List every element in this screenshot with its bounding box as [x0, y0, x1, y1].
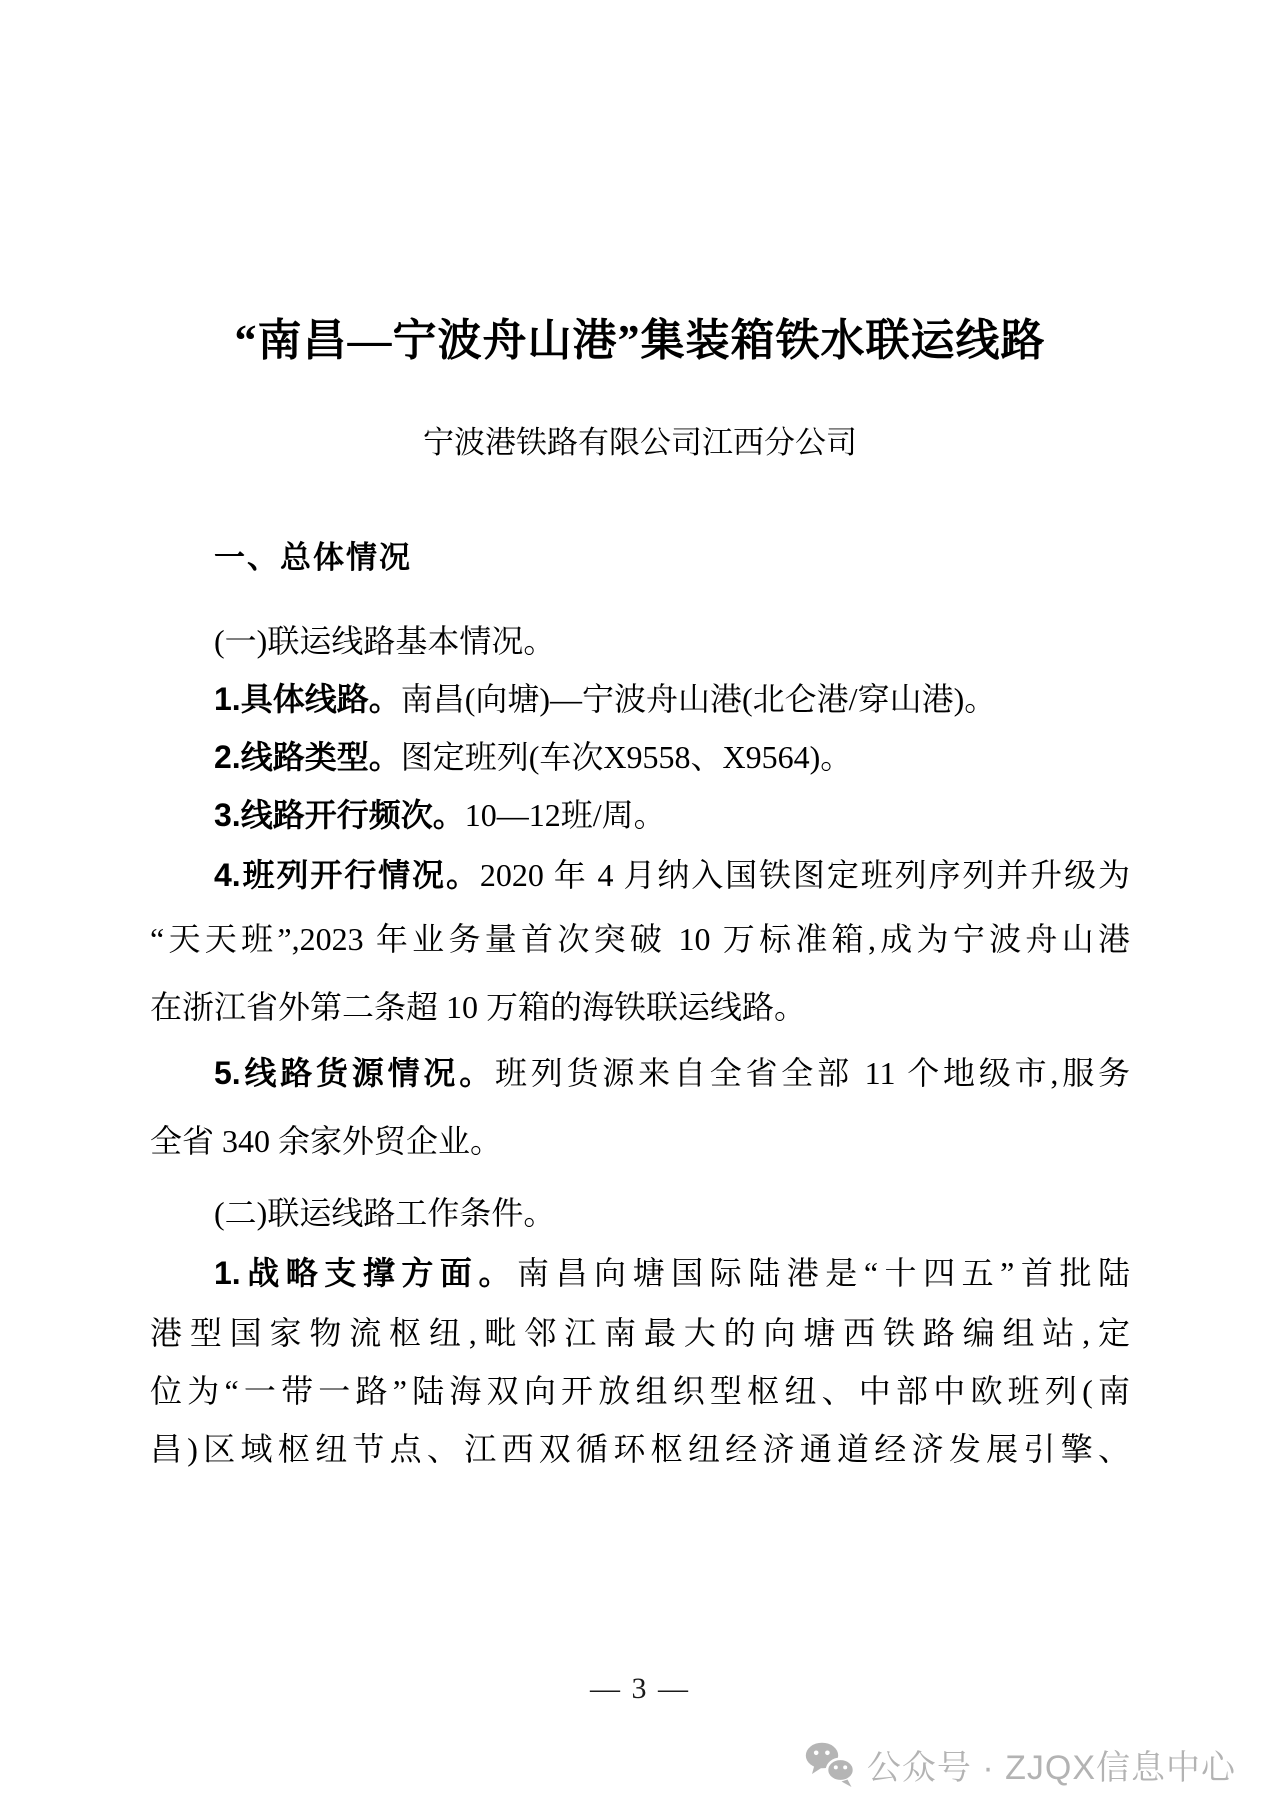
paragraph-lead: 1.具体线路。 — [214, 681, 401, 717]
body-line-2: 1.具体线路。南昌(向塘)—宁波舟山港(北仑港/穿山港)。 — [150, 678, 1130, 721]
paragraph-text: 南昌向塘国际陆港是“十四五”首批陆 — [517, 1255, 1130, 1291]
paragraph-text: 10—12班/周。 — [465, 797, 666, 833]
paragraph-lead: 5.线路货源情况。 — [214, 1055, 495, 1091]
paragraph-text: 南昌(向塘)—宁波舟山港(北仑港/穿山港)。 — [401, 681, 997, 717]
watermark-label: 公众号 · ZJQX信息中心 — [867, 1740, 1236, 1789]
body-line-10: (二)联运线路工作条件。 — [150, 1192, 1130, 1235]
wechat-icon — [805, 1742, 855, 1788]
body-line-14: 昌)区域枢纽节点、江西双循环枢纽经济通道经济发展引擎、 — [150, 1428, 1130, 1471]
body-line-5: 4.班列开行情况。2020 年 4 月纳入国铁图定班列序列并升级为 — [150, 854, 1130, 897]
page-number: — 3 — — [0, 1672, 1280, 1706]
paragraph-text: “天天班”,2023 年业务量首次突破 10 万标准箱,成为宁波舟山港 — [150, 921, 1130, 957]
body-line-13: 位为“一带一路”陆海双向开放组织型枢纽、中部中欧班列(南 — [150, 1370, 1130, 1413]
body-line-8: 5.线路货源情况。班列货源来自全省全部 11 个地级市,服务 — [150, 1052, 1130, 1095]
body-line-1: (一)联运线路基本情况。 — [150, 620, 1130, 663]
body-line-9: 全省 340 余家外贸企业。 — [150, 1120, 1130, 1163]
paragraph-text: (二)联运线路工作条件。 — [214, 1195, 555, 1231]
paragraph-text: 图定班列(车次X9558、X9564)。 — [401, 739, 853, 775]
paragraph-text: 在浙江省外第二条超 10 万箱的海铁联运线路。 — [150, 989, 806, 1025]
body-line-6: “天天班”,2023 年业务量首次突破 10 万标准箱,成为宁波舟山港 — [150, 918, 1130, 961]
paragraph-lead: 1.战略支撑方面。 — [214, 1255, 517, 1291]
footer-watermark: 公众号 · ZJQX信息中心 — [805, 1740, 1236, 1789]
body-line-3: 2.线路类型。图定班列(车次X9558、X9564)。 — [150, 736, 1130, 779]
document-subtitle: 宁波港铁路有限公司江西分公司 — [0, 424, 1280, 461]
body-line-4: 3.线路开行频次。10—12班/周。 — [150, 794, 1130, 837]
paragraph-lead: 4.班列开行情况。 — [214, 857, 480, 893]
paragraph-lead: 3.线路开行频次。 — [214, 797, 465, 833]
paragraph-text: 昌)区域枢纽节点、江西双循环枢纽经济通道经济发展引擎、 — [150, 1431, 1130, 1467]
paragraph-text: 全省 340 余家外贸企业。 — [150, 1123, 502, 1159]
paragraph-text: 班列货源来自全省全部 11 个地级市,服务 — [495, 1055, 1130, 1091]
section-heading: 一、总体情况 — [150, 532, 1130, 577]
body-line-12: 港型国家物流枢纽,毗邻江南最大的向塘西铁路编组站,定 — [150, 1312, 1130, 1355]
paragraph-text: (一)联运线路基本情况。 — [214, 623, 555, 659]
paragraph-text: 2020 年 4 月纳入国铁图定班列序列并升级为 — [480, 857, 1130, 893]
paragraph-text: 港型国家物流枢纽,毗邻江南最大的向塘西铁路编组站,定 — [150, 1315, 1130, 1351]
document-title: “南昌—宁波舟山港”集装箱铁水联运线路 — [0, 316, 1280, 367]
document-page: “南昌—宁波舟山港”集装箱铁水联运线路 宁波港铁路有限公司江西分公司 一、总体情… — [0, 0, 1280, 1810]
paragraph-text: 位为“一带一路”陆海双向开放组织型枢纽、中部中欧班列(南 — [150, 1373, 1130, 1409]
body-line-7: 在浙江省外第二条超 10 万箱的海铁联运线路。 — [150, 986, 1130, 1029]
body-line-11: 1.战略支撑方面。南昌向塘国际陆港是“十四五”首批陆 — [150, 1252, 1130, 1295]
paragraph-lead: 2.线路类型。 — [214, 739, 401, 775]
